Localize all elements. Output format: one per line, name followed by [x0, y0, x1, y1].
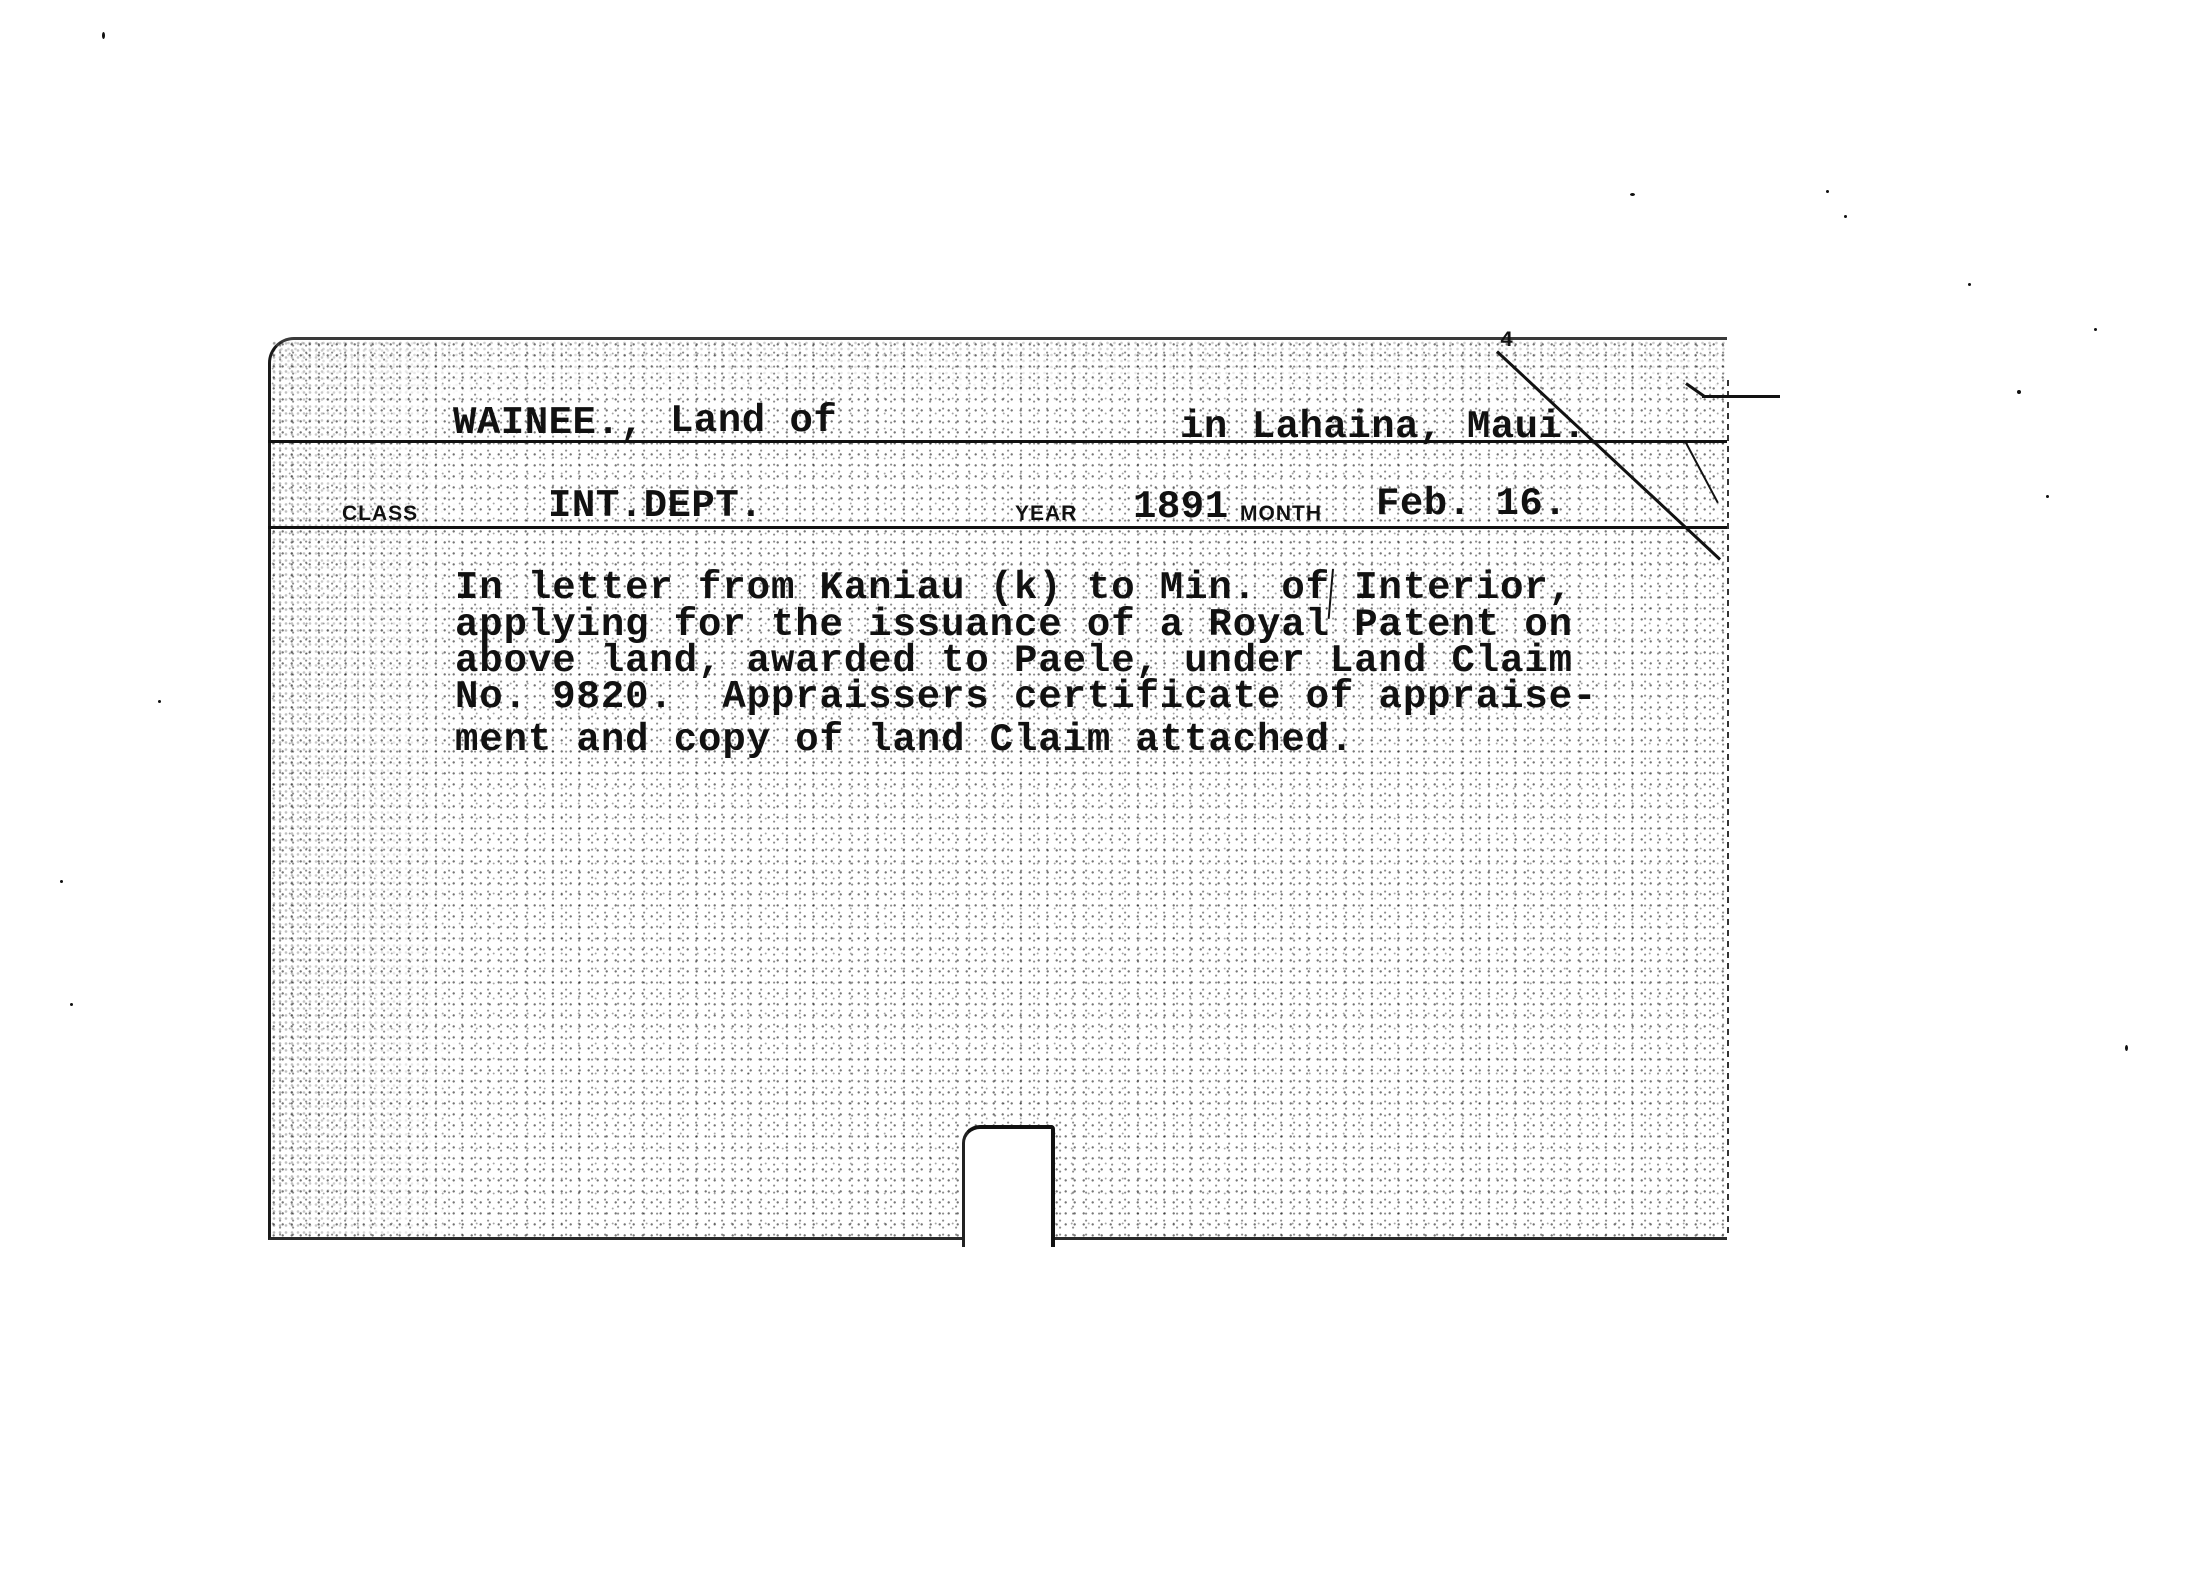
card-shading-left	[271, 340, 471, 1237]
speck	[2125, 1045, 2128, 1051]
speck	[1968, 283, 1971, 286]
speck	[2094, 328, 2097, 331]
month-value: Feb. 16.	[1376, 485, 1567, 524]
corner-mark: 4	[1500, 330, 1513, 352]
land-location: in Lahaina, Maui.	[1180, 408, 1586, 447]
speck	[1844, 215, 1847, 218]
notch-gap	[965, 1236, 1051, 1248]
card-right-edge	[1727, 380, 1729, 1237]
speck	[60, 880, 63, 883]
year-label: YEAR	[1015, 503, 1077, 524]
body-line: No. 9820. Appraissers certificate of app…	[455, 678, 1597, 717]
speck	[2017, 390, 2021, 394]
scanned-page: WAINEE., Land of in Lahaina, Maui. CLASS…	[0, 0, 2194, 1571]
class-value: INT.DEPT.	[548, 487, 763, 526]
index-card	[268, 337, 1727, 1240]
speck	[2046, 495, 2049, 498]
speck	[70, 1003, 73, 1006]
speck	[102, 32, 105, 39]
land-name: WAINEE.,	[453, 404, 644, 443]
body-line: ment and copy of land Claim attached.	[455, 721, 1354, 760]
card-tab-notch	[962, 1125, 1055, 1247]
class-label: CLASS	[342, 503, 418, 524]
land-name-suffix: Land of	[670, 402, 837, 441]
year-value: 1891	[1133, 488, 1229, 527]
month-label: MONTH	[1240, 503, 1322, 524]
fields-rule	[268, 526, 1727, 529]
speck	[158, 700, 161, 703]
edge-mark-line	[1702, 395, 1780, 398]
speck	[1826, 190, 1829, 193]
speck	[1630, 193, 1635, 196]
